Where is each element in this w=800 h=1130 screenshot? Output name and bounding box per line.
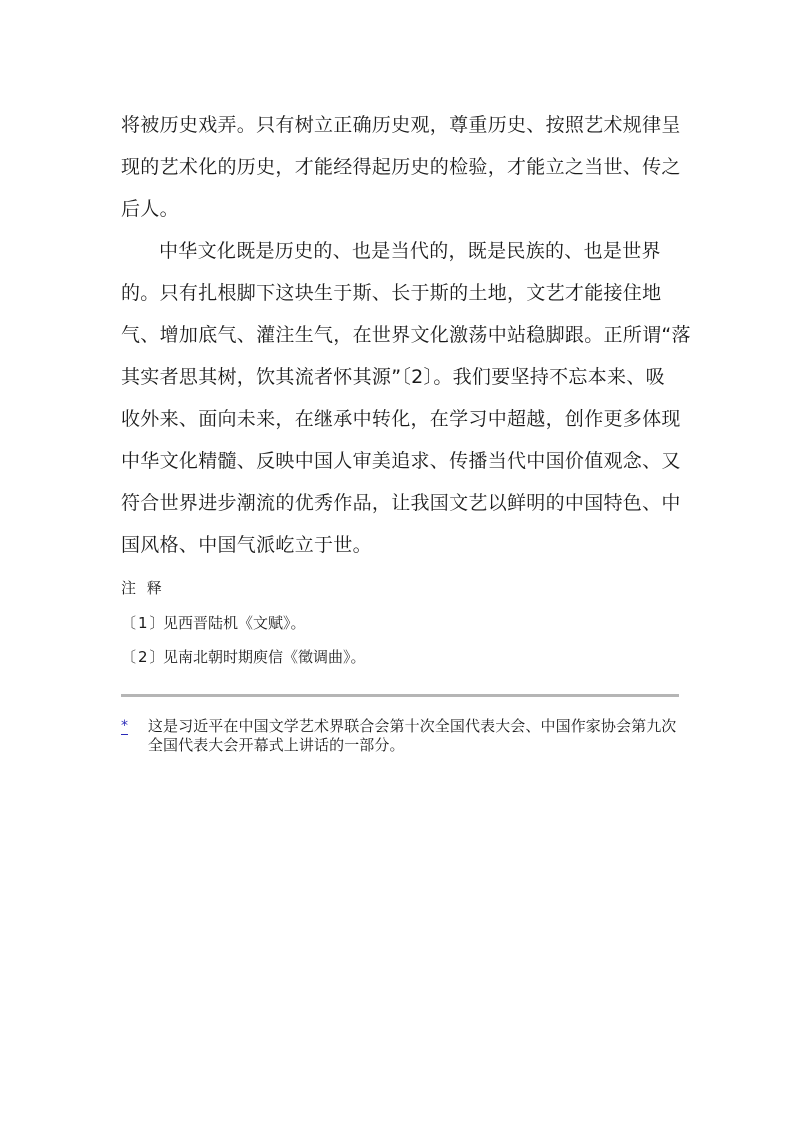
- footnote-text: 这是习近平在中国文学艺术界联合会第十次全国代表大会、中国作家协会第九次全国代表大…: [148, 717, 681, 755]
- note-item: 〔1〕 见西晋陆机《文赋》。: [121, 612, 681, 634]
- paragraph-line: 国风格、中国气派屹立于世。: [121, 524, 681, 566]
- paragraph-line: 中华文化精髓、反映中国人审美追求、传播当代中国价值观念、又: [121, 440, 681, 482]
- paragraph-line: 气、增加底气、灌注生气，在世界文化激荡中站稳脚跟。正所谓“落: [121, 314, 681, 356]
- paragraph-line: 收外来、面向未来，在继承中转化，在学习中超越，创作更多体现: [121, 398, 681, 440]
- paragraph-line: 符合世界进步潮流的优秀作品，让我国文艺以鲜明的中国特色、中: [121, 482, 681, 524]
- notes-heading: 注 释: [121, 576, 681, 600]
- note-number: 〔1〕: [121, 612, 161, 634]
- note-text: 见西晋陆机《文赋》。: [161, 612, 306, 634]
- footnote-link[interactable]: *: [121, 717, 148, 755]
- footnote: * 这是习近平在中国文学艺术界联合会第十次全国代表大会、中国作家协会第九次全国代…: [121, 717, 681, 755]
- paragraph-2: 中华文化既是历史的、也是当代的，既是民族的、也是世界 的。只有扎根脚下这块生于斯…: [121, 230, 681, 566]
- paragraph-line: 后人。: [121, 188, 681, 230]
- paragraph-line: 现的艺术化的历史，才能经得起历史的检验，才能立之当世、传之: [121, 146, 681, 188]
- footnote-divider: [121, 694, 679, 697]
- paragraph-line: 将被历史戏弄。只有树立正确历史观，尊重历史、按照艺术规律呈: [121, 104, 681, 146]
- paragraph-1: 将被历史戏弄。只有树立正确历史观，尊重历史、按照艺术规律呈 现的艺术化的历史，才…: [121, 104, 681, 230]
- note-number: 〔2〕: [121, 646, 161, 668]
- paragraph-line: 中华文化既是历史的、也是当代的，既是民族的、也是世界: [121, 230, 681, 272]
- paragraph-line: 的。只有扎根脚下这块生于斯、长于斯的土地，文艺才能接住地: [121, 272, 681, 314]
- note-item: 〔2〕 见南北朝时期庾信《徵调曲》。: [121, 646, 681, 668]
- paragraph-line: 其实者思其树，饮其流者怀其源”〔2〕。我们要坚持不忘本来、吸: [121, 356, 681, 398]
- document-page: 将被历史戏弄。只有树立正确历史观，尊重历史、按照艺术规律呈 现的艺术化的历史，才…: [121, 104, 681, 755]
- note-text: 见南北朝时期庾信《徵调曲》。: [161, 646, 366, 668]
